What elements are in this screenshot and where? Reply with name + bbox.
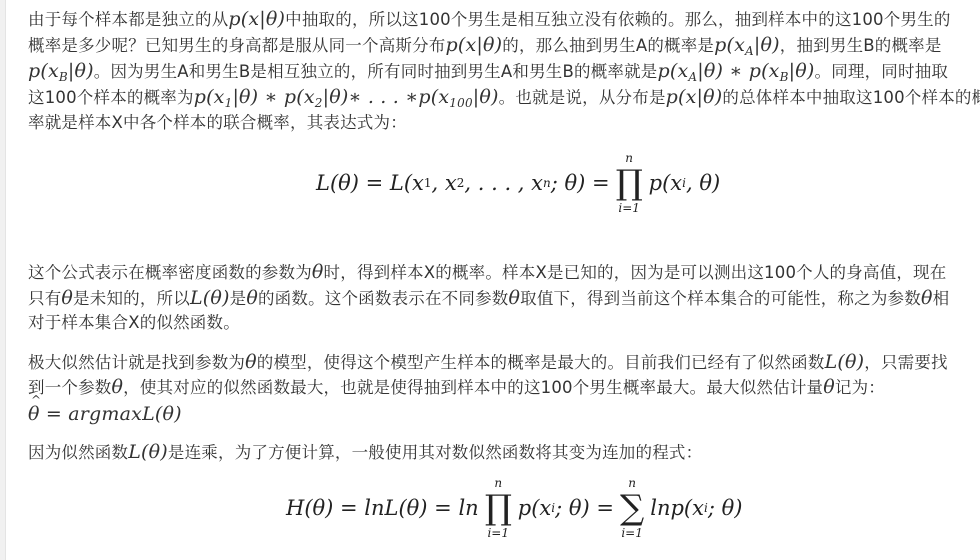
text: 相 [933, 289, 950, 308]
math-inline: θ [921, 287, 933, 309]
math-subscript: B [59, 70, 68, 84]
math-inline: θ [823, 376, 835, 398]
math-part: , θ) [686, 171, 720, 195]
math-inline: p(xB|θ) [28, 60, 94, 82]
text: ，抽到男生B的概率是 [780, 36, 942, 55]
math-subscript: 2 [315, 96, 323, 110]
text: 的总体样本中抽取这100个样本的概 [722, 88, 980, 107]
paragraph-2-line-2: 只有θ是未知的，所以L(θ)是θ的函数。这个函数表示在不同参数θ取值下，得到当前… [28, 286, 949, 310]
math-part: p(x [28, 60, 59, 82]
text: 中抽取的，所以这100个男生是相互独立没有依赖的。那么，抽到样本中的这100个男… [285, 10, 950, 29]
paragraph-3-line-2: 到一个参数θ，使其对应的似然函数最大，也就是使得抽到样本中的这100个男生概率最… [28, 375, 885, 399]
formula-likelihood: L(θ) = L(x1, x2, . . . , xn; θ) = n ∏ i=… [316, 150, 720, 216]
text: 。也就是说，从分布是 [499, 88, 666, 107]
math-part: , x [432, 171, 457, 195]
math-part: |θ)∗ . . . ∗p(x [323, 86, 450, 108]
text: 率就是样本X中各个样本的联合概率，其表达式为： [28, 113, 407, 132]
text: ，使其对应的似然函数最大，也就是使得抽到样本中的这100个男生概率最大。最大似然… [123, 378, 823, 397]
math-part: H(θ) = lnL(θ) = ln [286, 496, 479, 520]
product-operator: n ∏ i=1 [616, 152, 643, 214]
math-part: p(x [194, 86, 225, 108]
paragraph-3-line-3-estimator: θ = argmaxL(θ) [28, 402, 182, 426]
paragraph-4-line-1: 因为似然函数L(θ)是连乘，为了方便计算，一般使用其对数似然函数将其变为连加的程… [28, 440, 702, 464]
math-inline: p(xA|θ) ∗ p(xB|θ) [658, 60, 815, 82]
text: 。因为男生A和男生B是相互独立的，所有同时抽到男生A和男生B的概率就是 [94, 62, 658, 81]
math-part: |θ) ∗ p(x [232, 86, 314, 108]
text: 是未知的，所以 [73, 289, 190, 308]
math-part: p(x [658, 60, 689, 82]
text: 概率是多少呢？已知男生的身高都是服从同一个高斯分布 [28, 36, 446, 55]
left-border [0, 0, 6, 560]
product-operator: n ∏ i=1 [485, 477, 512, 539]
text: 的模型，使得这个模型产生样本的概率是最大的。目前我们已经有了似然函数 [257, 353, 825, 372]
lower-limit: i=1 [621, 527, 643, 539]
text: 这个公式表示在概率密度函数的参数为 [28, 263, 312, 282]
math-inline: p(x|θ) [446, 34, 503, 56]
text: 。同理，同时抽取 [815, 62, 949, 81]
text: 这100个样本的概率为 [28, 88, 194, 107]
paragraph-1-line-2: 概率是多少呢？已知男生的身高都是服从同一个高斯分布p(x|θ)的，那么抽到男生A… [28, 33, 942, 57]
math-subscript: A [745, 44, 754, 58]
math-part: |θ) ∗ p(x [697, 60, 779, 82]
paragraph-1-line-5: 率就是样本X中各个样本的联合概率，其表达式为： [28, 111, 407, 135]
math-inline: p(x1|θ) ∗ p(x2|θ)∗ . . . ∗p(x100|θ) [194, 86, 499, 108]
lower-limit: i=1 [487, 527, 509, 539]
math-part: lnp(x [650, 496, 704, 520]
math-inline: θ [246, 287, 258, 309]
sum-symbol: ∑ [620, 491, 644, 525]
paragraph-3-line-1: 极大似然估计就是找到参数为θ的模型，使得这个模型产生样本的概率是最大的。目前我们… [28, 350, 948, 374]
math-part: , . . . , x [464, 171, 543, 195]
math-part: ; θ) = [555, 496, 614, 520]
math-subscript: 2 [457, 176, 465, 190]
text: ，只需要找 [864, 353, 948, 372]
math-inline: = argmaxL(θ) [40, 403, 182, 425]
math-part: ; θ) [708, 496, 743, 520]
text: 是 [230, 289, 247, 308]
text: 的函数。这个函数表示在不同参数 [258, 289, 509, 308]
math-part: p(x [649, 171, 682, 195]
math-inline: p(x|θ) [228, 8, 285, 30]
math-part: |θ) [754, 34, 780, 56]
math-inline: θ [112, 376, 124, 398]
lower-limit: i=1 [618, 202, 640, 214]
theta-hat: θ [28, 402, 40, 426]
paragraph-2-line-3: 对于样本集合X的似然函数。 [28, 311, 240, 335]
math-part: p(x [518, 496, 551, 520]
math-subscript: 1 [424, 176, 432, 190]
math-subscript: 100 [449, 96, 473, 110]
product-symbol: ∏ [616, 166, 643, 200]
math-inline: θ [61, 287, 73, 309]
paragraph-1-line-3: p(xB|θ)。因为男生A和男生B是相互独立的，所有同时抽到男生A和男生B的概率… [28, 59, 948, 83]
math-inline: θ [312, 261, 324, 283]
math-inline: L(θ) [128, 441, 168, 463]
math-part: p(x [714, 34, 745, 56]
math-inline: p(x|θ) [666, 86, 723, 108]
text: 因为似然函数 [28, 443, 128, 462]
sum-operator: n ∑ i=1 [620, 477, 644, 539]
math-part: ; θ) = [551, 171, 610, 195]
math-part: |θ) [473, 86, 499, 108]
math-inline: θ [508, 287, 520, 309]
math-subscript: n [543, 176, 551, 190]
math-inline: L(θ) [825, 351, 865, 373]
text: 时，得到样本X的概率。样本X是已知的，因为是可以测出这100个人的身高值，现在 [324, 263, 947, 282]
math-inline: θ [245, 351, 257, 373]
text: 对于样本集合X的似然函数。 [28, 313, 240, 332]
paragraph-1-line-1: 由于每个样本都是独立的从p(x|θ)中抽取的，所以这100个男生是相互独立没有依… [28, 7, 951, 31]
text: 由于每个样本都是独立的从 [28, 10, 228, 29]
text: 只有 [28, 289, 61, 308]
text: 的，那么抽到男生A的概率是 [502, 36, 714, 55]
text: 取值下，得到当前这个样本集合的可能性，称之为参数 [520, 289, 921, 308]
math-part: |θ) [789, 60, 815, 82]
product-symbol: ∏ [485, 491, 512, 525]
text: 极大似然估计就是找到参数为 [28, 353, 245, 372]
math-subscript: A [688, 70, 697, 84]
math-part: |θ) [68, 60, 94, 82]
text: 记为： [835, 378, 885, 397]
math-part: L(θ) = L(x [316, 171, 424, 195]
paragraph-2-line-1: 这个公式表示在概率密度函数的参数为θ时，得到样本X的概率。样本X是已知的，因为是… [28, 260, 946, 284]
text: 是连乘，为了方便计算，一般使用其对数似然函数将其变为连加的程式： [168, 443, 702, 462]
math-inline: L(θ) [190, 287, 230, 309]
math-inline: p(xA|θ) [714, 34, 780, 56]
paragraph-1-line-4: 这100个样本的概率为p(x1|θ) ∗ p(x2|θ)∗ . . . ∗p(x… [28, 85, 980, 109]
math-subscript: B [780, 70, 789, 84]
formula-log-likelihood: H(θ) = lnL(θ) = ln n ∏ i=1 p(xi; θ) = n … [286, 475, 742, 541]
